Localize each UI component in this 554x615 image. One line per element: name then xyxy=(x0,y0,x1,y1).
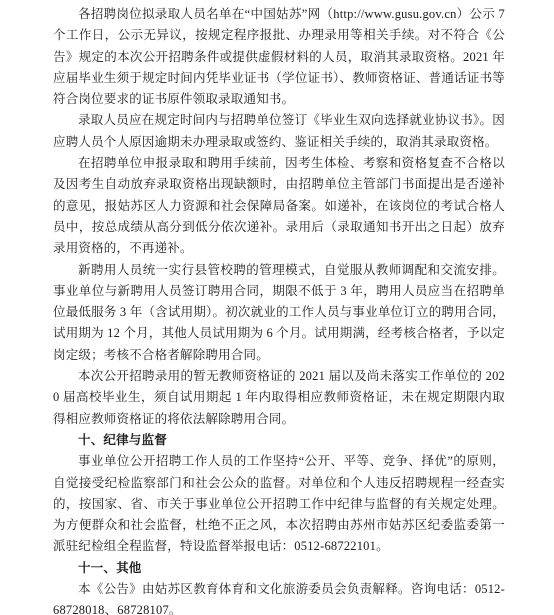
paragraph: 各招聘岗位拟录取人员名单在“中国姑苏”网（http://www.gusu.gov… xyxy=(53,4,505,110)
section-heading: 十、纪律与监督 xyxy=(53,430,505,451)
paragraph: 本次公开招聘录用的暂无教师资格证的 2021 届以及尚未落实工作单位的 2020… xyxy=(53,366,505,430)
section-heading: 十一、其他 xyxy=(53,558,505,579)
paragraph: 本《公告》由姑苏区教育体育和文化旅游委员会负责解释。咨询电话：0512-6872… xyxy=(53,579,505,615)
paragraph: 录取人员应在规定时间内与招聘单位签订《毕业生双向选择就业协议书》。因应聘人员个人… xyxy=(53,110,505,153)
paragraph: 新聘用人员统一实行县管校聘的管理模式，自觉服从教师调配和交流安排。事业单位与新聘… xyxy=(53,260,505,366)
document-page: 各招聘岗位拟录取人员名单在“中国姑苏”网（http://www.gusu.gov… xyxy=(0,0,554,615)
paragraph: 事业单位公开招聘工作人员的工作坚持“公开、平等、竞争、择优”的原则，自觉接受纪检… xyxy=(53,451,505,557)
document-body: 各招聘岗位拟录取人员名单在“中国姑苏”网（http://www.gusu.gov… xyxy=(53,4,505,615)
paragraph: 在招聘单位申报录取和聘用手续前，因考生体检、考察和资格复查不合格以及因考生自动放… xyxy=(53,153,505,259)
